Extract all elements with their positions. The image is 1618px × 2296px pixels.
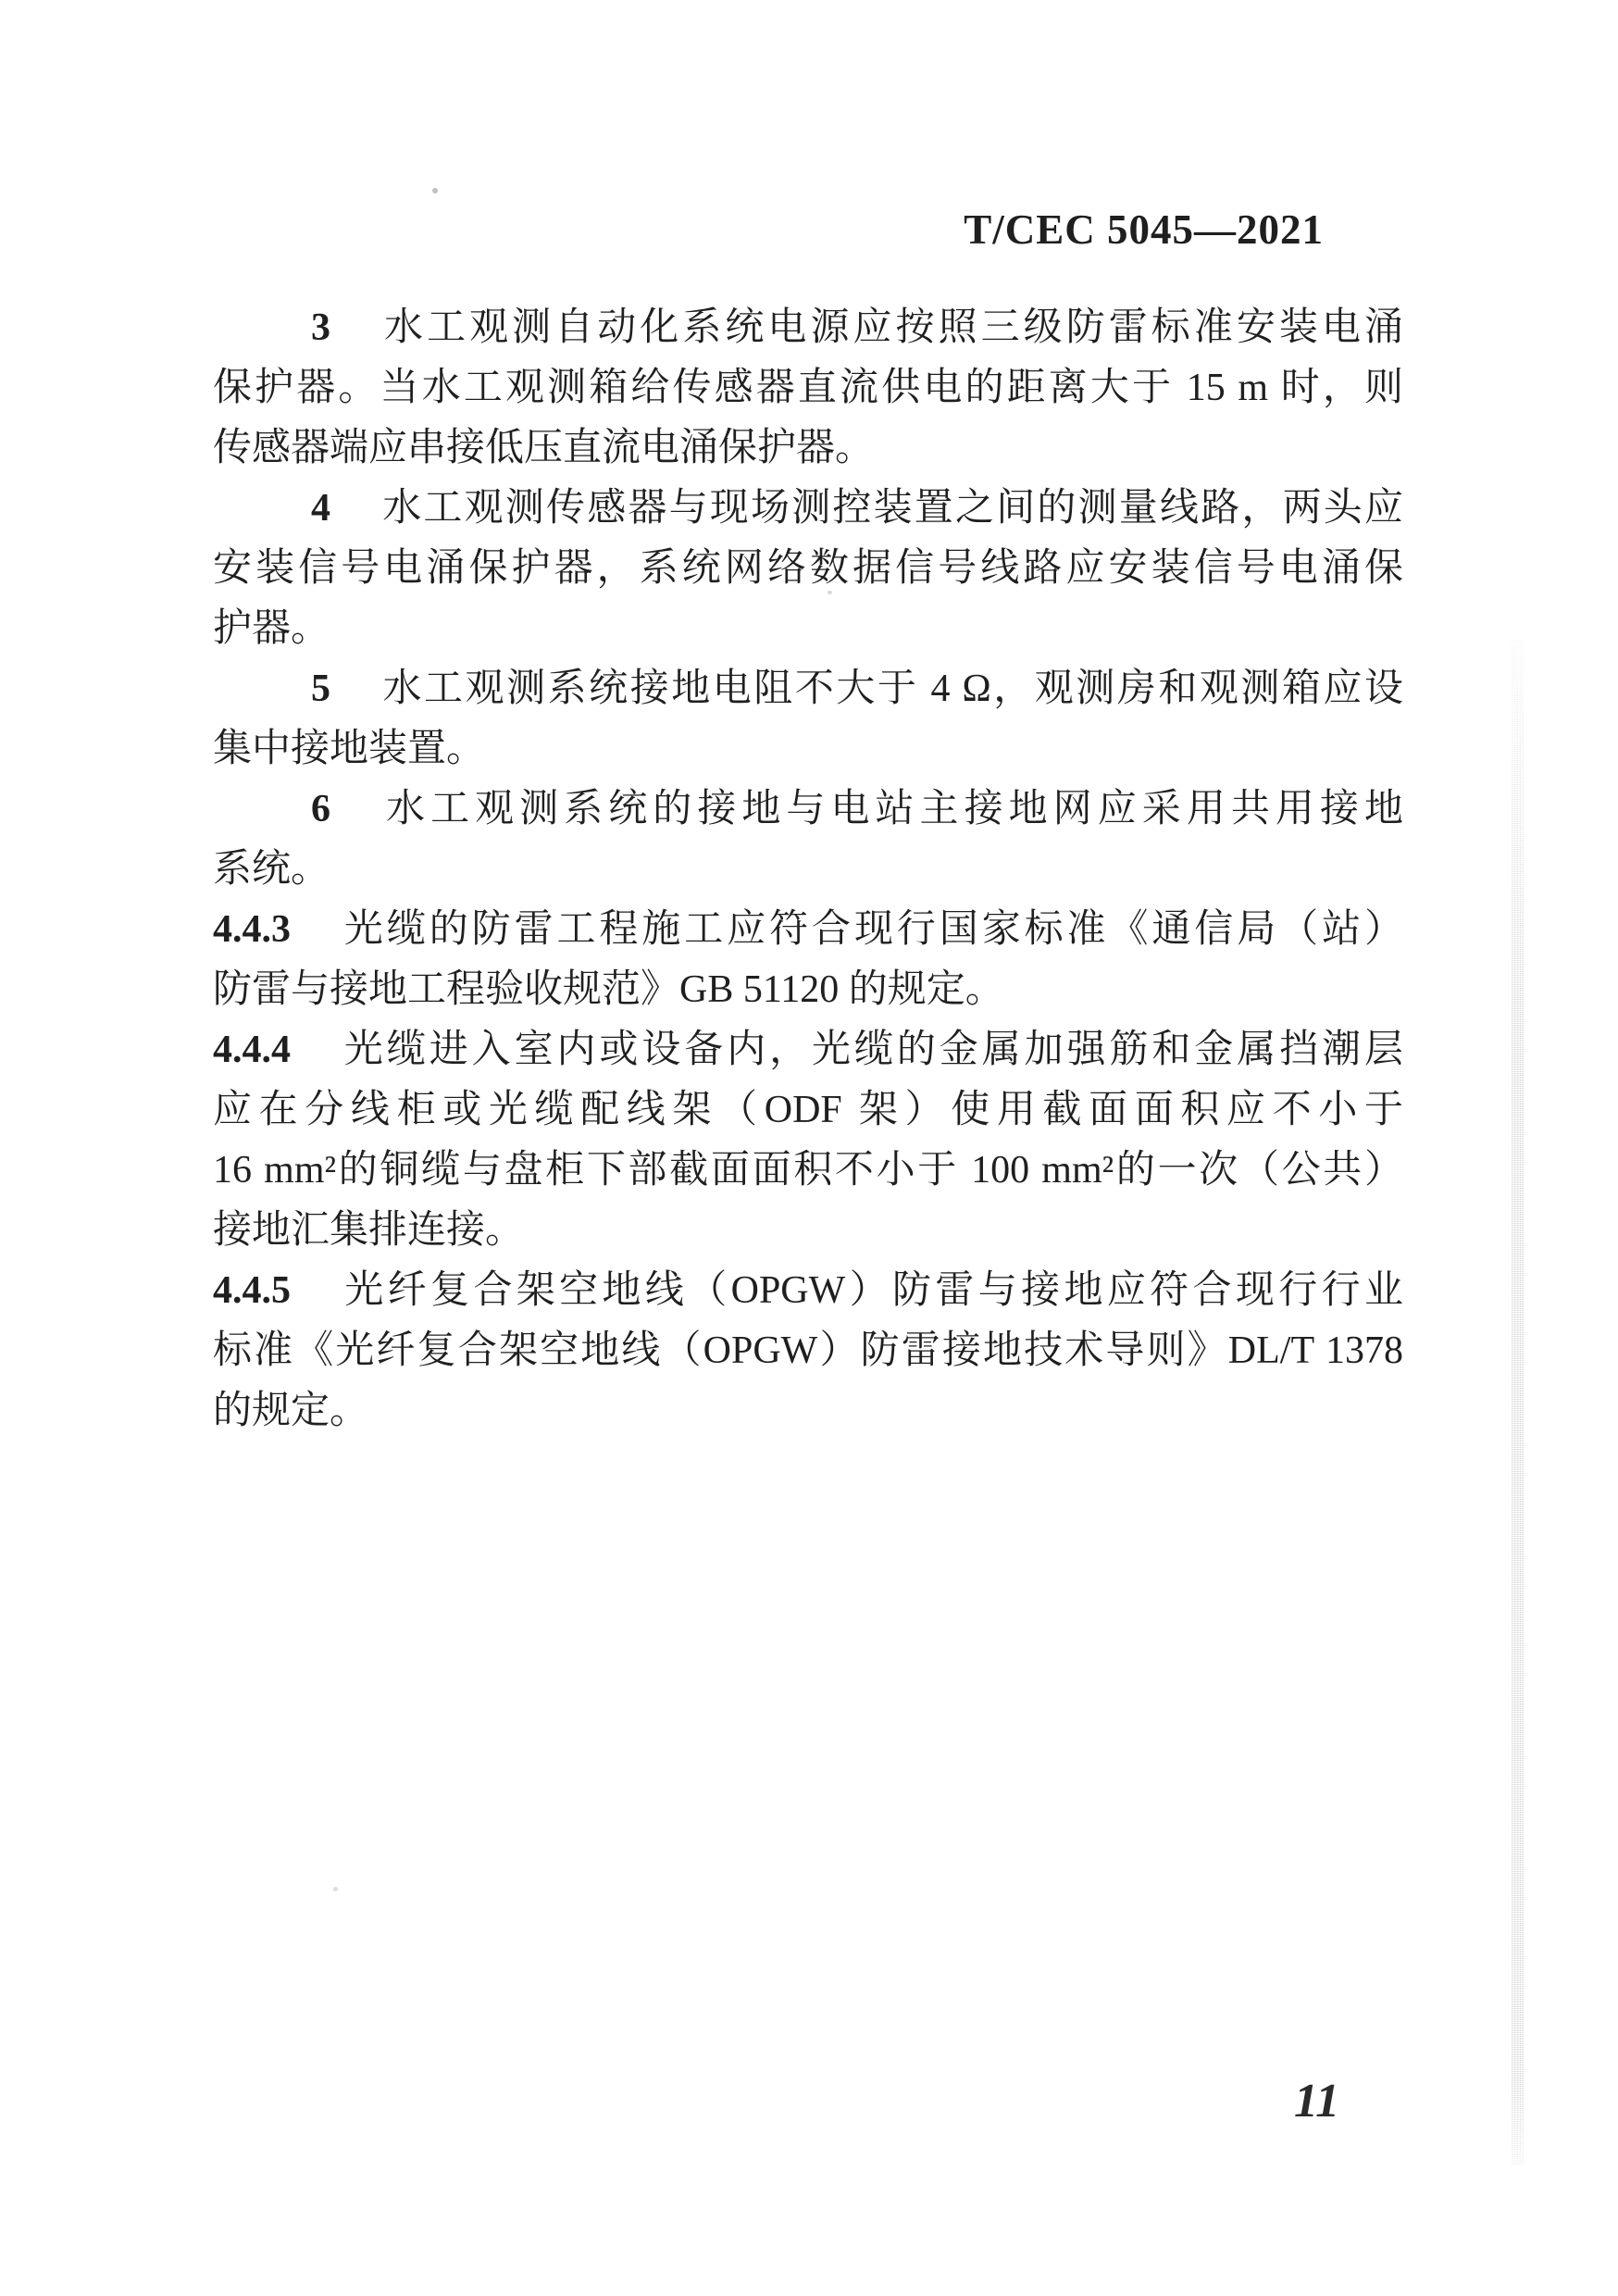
clause-number: 4.4.5 [213,1269,291,1312]
doc-standard-number: T/CEC 5045—2021 [964,206,1324,254]
text-line: 4水工观测传感器与现场测控装置之间的测量线路，两头应 [213,479,1403,539]
paragraph-item-6: 6水工观测系统的接地与电站主接地网应采用共用接地系统。 [213,780,1403,900]
clause-number: 4.4.3 [213,908,291,951]
clause-text: 集中接地装置。 [213,728,485,770]
text-line: 接地汇集排连接。 [213,1201,1403,1261]
clause-number: 4.4.4 [213,1029,291,1071]
paragraph-item-5: 5水工观测系统接地电阻不大于 4 Ω，观测房和观测箱应设集中接地装置。 [213,659,1403,780]
clause-text: 光缆进入室内或设备内，光缆的金属加强筋和金属挡潮层 [341,1029,1403,1071]
scan-speck [333,1887,338,1891]
clause-text: 光纤复合架空地线（OPGW）防雷与接地应符合现行行业 [341,1269,1403,1312]
text-line: 系统。 [213,840,1403,900]
paragraph-item-3: 3水工观测自动化系统电源应按照三级防雷标准安装电涌保护器。当水工观测箱给传感器直… [213,298,1403,479]
text-line: 16 mm²的铜缆与盘柜下部截面面积不小于 100 mm²的一次（公共） [213,1141,1403,1201]
text-line: 应在分线柜或光缆配线架（ODF 架）使用截面面积应不小于 [213,1080,1403,1141]
scan-artifact-strip [1512,639,1524,2165]
clause-number: 3 [311,306,330,349]
clause-text: 护器。 [213,607,330,650]
document-page: T/CEC 5045—2021 3水工观测自动化系统电源应按照三级防雷标准安装电… [0,0,1618,2296]
clause-text: 传感器端应串接低压直流电涌保护器。 [213,427,874,469]
clause-text: 的规定。 [213,1390,368,1432]
paragraph-clause-4-4-4: 4.4.4光缆进入室内或设备内，光缆的金属加强筋和金属挡潮层应在分线柜或光缆配线… [213,1020,1403,1261]
scan-speck [432,188,438,193]
clause-text: 系统。 [213,848,330,891]
clause-text: 水工观测传感器与现场测控装置之间的测量线路，两头应 [380,487,1403,530]
clause-number: 6 [311,788,330,830]
clause-text: 标准《光纤复合架空地线（OPGW）防雷接地技术导则》DL/T 1378 [213,1329,1403,1372]
document-body: 3水工观测自动化系统电源应按照三级防雷标准安装电涌保护器。当水工观测箱给传感器直… [213,298,1403,1441]
paragraph-item-4: 4水工观测传感器与现场测控装置之间的测量线路，两头应安装信号电涌保护器，系统网络… [213,479,1403,659]
clause-number: 4 [311,487,330,530]
text-line: 4.4.5光纤复合架空地线（OPGW）防雷与接地应符合现行行业 [213,1261,1403,1321]
text-line: 集中接地装置。 [213,719,1403,780]
page-number: 11 [1294,2074,1339,2128]
text-line: 标准《光纤复合架空地线（OPGW）防雷接地技术导则》DL/T 1378 [213,1321,1403,1381]
text-line: 的规定。 [213,1381,1403,1441]
clause-number: 5 [311,668,330,710]
text-line: 4.4.4光缆进入室内或设备内，光缆的金属加强筋和金属挡潮层 [213,1020,1403,1080]
clause-text: 水工观测自动化系统电源应按照三级防雷标准安装电涌 [380,306,1403,349]
clause-text: 光缆的防雷工程施工应符合现行国家标准《通信局（站） [341,908,1403,951]
clause-text: 水工观测系统接地电阻不大于 4 Ω，观测房和观测箱应设 [380,668,1403,710]
clause-text: 水工观测系统的接地与电站主接地网应采用共用接地 [380,788,1403,830]
text-line: 安装信号电涌保护器，系统网络数据信号线路应安装信号电涌保 [213,539,1403,599]
clause-text: 安装信号电涌保护器，系统网络数据信号线路应安装信号电涌保 [213,547,1403,590]
clause-text: 保护器。当水工观测箱给传感器直流供电的距离大于 15 m 时，则 [213,367,1403,409]
clause-text: 应在分线柜或光缆配线架（ODF 架）使用截面面积应不小于 [213,1089,1403,1131]
text-line: 5水工观测系统接地电阻不大于 4 Ω，观测房和观测箱应设 [213,659,1403,719]
text-line: 防雷与接地工程验收规范》GB 51120 的规定。 [213,960,1403,1020]
paragraph-clause-4-4-3: 4.4.3光缆的防雷工程施工应符合现行国家标准《通信局（站）防雷与接地工程验收规… [213,900,1403,1020]
text-line: 保护器。当水工观测箱给传感器直流供电的距离大于 15 m 时，则 [213,358,1403,418]
clause-text: 防雷与接地工程验收规范》GB 51120 的规定。 [213,968,1004,1011]
text-line: 4.4.3光缆的防雷工程施工应符合现行国家标准《通信局（站） [213,900,1403,960]
paragraph-clause-4-4-5: 4.4.5光纤复合架空地线（OPGW）防雷与接地应符合现行行业标准《光纤复合架空… [213,1261,1403,1441]
clause-text: 接地汇集排连接。 [213,1209,524,1252]
clause-text: 16 mm²的铜缆与盘柜下部截面面积不小于 100 mm²的一次（公共） [213,1149,1403,1192]
text-line: 护器。 [213,599,1403,659]
scan-speck [828,591,832,594]
text-line: 传感器端应串接低压直流电涌保护器。 [213,418,1403,479]
text-line: 6水工观测系统的接地与电站主接地网应采用共用接地 [213,780,1403,840]
text-line: 3水工观测自动化系统电源应按照三级防雷标准安装电涌 [213,298,1403,358]
